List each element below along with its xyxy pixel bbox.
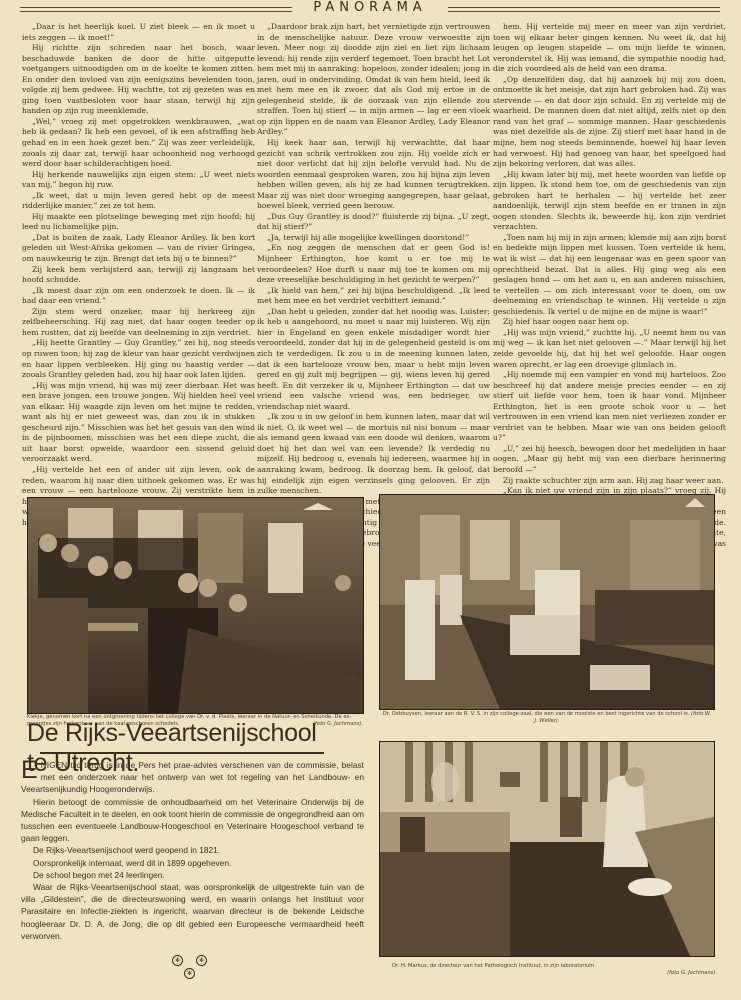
story-paragraph: „Dat is buiten de zaak, Lady Eleanor Ard… [22, 233, 255, 265]
story-paragraph: „Hij heette Grantley — Guy Grantley,” ze… [22, 338, 255, 380]
story-paragraph: „Wel,” vroeg zij met opgetrokken wenkbra… [22, 117, 255, 170]
article-paragraph: Oorspronkelijk internaat, werd dit in 18… [21, 857, 364, 869]
college-hall-image [380, 495, 714, 709]
story-paragraph: Zij raakte schuchter zijn arm aan. Hij z… [493, 476, 726, 487]
pathology-lab-image [380, 742, 714, 956]
story-paragraph: „Op denzelfden dag, dat hij aanzoek bij … [493, 75, 726, 170]
photo-pathology-lab [379, 741, 715, 957]
rosette-icon: ✻ [184, 968, 195, 979]
story-paragraph: „Ja, terwijl hij alle mogelijke kwelling… [257, 233, 490, 244]
story-paragraph: „Ik hield van hem,” zei hij bijna beschu… [257, 286, 490, 307]
masthead-rule-left [20, 7, 292, 12]
story-paragraph: „Dus Guy Grantley is dood?” fluisterde z… [257, 212, 490, 233]
photo-caption-2: Dr. Oebbuysen, leeraar aan de R. V. S. i… [382, 711, 712, 724]
caption-text: Dr. Oebbuysen, leeraar aan de R. V. S. i… [383, 711, 690, 717]
photo-lecture-hall [27, 497, 364, 714]
story-column-3: hem. Hij vertelde mij meer en meer van z… [493, 22, 726, 560]
story-paragraph: hem. Hij vertelde mij meer en meer van z… [493, 22, 726, 75]
story-paragraph: Hij keek haar aan, terwijl hij verwachtt… [257, 138, 490, 212]
story-paragraph: „Hij noemde mij een vampier en vond mij … [493, 370, 726, 444]
story-paragraph: „Daar is het heerlijk koel. U ziet bleek… [22, 22, 255, 43]
photo-credit: (foto G. Jochmans). [667, 970, 717, 977]
lecture-hall-image [28, 498, 363, 713]
masthead: PANORAMA [20, 0, 720, 16]
story-paragraph: „Hij kwam later bij mij, met heete woord… [493, 170, 726, 233]
caption-text: Dr. H. Markus, de directeur van het Path… [392, 963, 596, 969]
photo-college-hall [379, 494, 715, 710]
masthead-rule-right [448, 7, 720, 12]
story-paragraph: „Dan hebt u geleden, zonder dat het nood… [257, 307, 490, 412]
story-paragraph: Zij keek hem verbijsterd aan, terwijl zi… [22, 265, 255, 286]
story-paragraph: „En nog zeggen de menschen dat er geen G… [257, 243, 490, 285]
article-paragraph: Waar de Rijks-Veeartsenijschool staat, w… [21, 881, 364, 942]
masthead-title: PANORAMA [292, 0, 448, 15]
article-lead: ENIGEN tijd terug is in de Pers het prae… [21, 759, 364, 796]
rosette-icon: ✻ [196, 955, 207, 966]
story-paragraph: „Ik weet, dat u mijn leven gered hebt op… [22, 191, 255, 212]
story-paragraph: „Hij was mijn vriend, hij was mij zeer d… [22, 381, 255, 465]
story-paragraph: „Hij was mijn vriend,” zuchtte hij. „U n… [493, 328, 726, 370]
headline-rule [40, 752, 324, 754]
story-paragraph: Hij maakte een plotselinge beweging met … [22, 212, 255, 233]
photo-caption-3: Dr. H. Markus, de directeur van het Path… [392, 963, 717, 976]
article-paragraph: Hierin betoogt de commissie de onhoudbaa… [21, 796, 364, 845]
article-paragraph: De school begon met 24 leerlingen. [21, 869, 364, 881]
story-paragraph: Zij hief haar oogen naar hem op. [493, 317, 726, 328]
story-paragraph: Hij richtte zijn schreden naar het bosch… [22, 43, 255, 117]
story-paragraph: „Ik moest daar zijn om een onderzoek te … [22, 286, 255, 307]
story-paragraph: „Daardoor brak zijn hart, het vernietigd… [257, 22, 490, 138]
rosette-icon: ✻ ✻ ✻ [172, 955, 206, 983]
drop-cap: E [21, 760, 38, 780]
story-paragraph: Hij herkende nauwelijks zijn eigen stem:… [22, 170, 255, 191]
article-paragraph: De Rijks-Veeartsenijschool werd geopend … [21, 844, 364, 856]
story-column-2: „Daardoor brak zijn hart, het vernietigd… [257, 22, 490, 549]
story-column-1: „Daar is het heerlijk koel. U ziet bleek… [22, 22, 255, 528]
story-paragraph: „Toen nam hij mij in zijn armen; klemde … [493, 233, 726, 317]
story-paragraph: Zijn stem werd onzeker, maar hij herkree… [22, 307, 255, 339]
story-paragraph: „U,” zei hij heesch, bewogen door het me… [493, 444, 726, 476]
article-body: ENIGEN tijd terug is in de Pers het prae… [21, 759, 364, 942]
rosette-icon: ✻ [172, 955, 183, 966]
story-paragraph: „Ik zou u in uw geloof in hem kunnen lat… [257, 412, 490, 496]
